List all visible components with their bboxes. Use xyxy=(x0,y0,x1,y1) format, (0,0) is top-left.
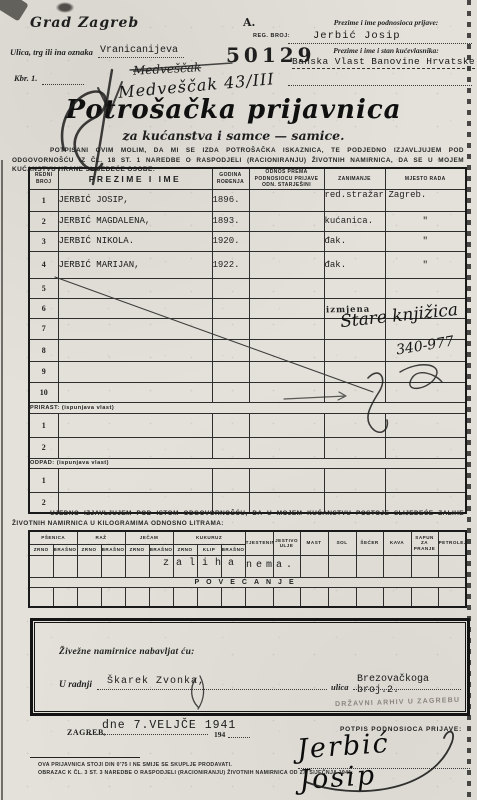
col-mast: MAST xyxy=(300,531,328,555)
shop-street-value: Brezovačkoga broj.2. xyxy=(357,674,465,696)
row-number: 7 xyxy=(29,318,58,339)
prirast-label: PRIRAST: (ispunjava vlast) xyxy=(29,402,466,413)
table-row: 9 xyxy=(29,361,466,382)
sub-zrno: ZRNO xyxy=(29,544,53,555)
col-kava: KAVA xyxy=(383,531,411,555)
row-number: 5 xyxy=(29,278,58,298)
row-number: 2 xyxy=(29,437,58,458)
table-row: 1 JERBIĆ JOSIP, 1896. red.stražar Zagreb… xyxy=(29,189,466,211)
applicant-name-line xyxy=(288,43,472,44)
place-label: ZAGREB, xyxy=(67,728,106,737)
form-subtitle: za kućanstva i samce — samice. xyxy=(0,128,467,143)
workplace: " xyxy=(385,251,466,278)
occupation: kućanica. xyxy=(324,211,385,231)
footer-legal-note: OBRAZAC K ČL. 3 ST. 3 NAREDBE O RASPODJE… xyxy=(38,770,353,776)
applicant-name-label: Prezime i ime podnosioca prijave: xyxy=(300,18,472,27)
shop-street-line xyxy=(353,689,461,690)
povecanje-band: POVEĆANJE xyxy=(29,577,466,587)
shop-label: U radnji xyxy=(59,680,92,690)
member-name: JERBIĆ JOSIP, xyxy=(58,189,212,211)
col-jestivo-ulje: JESTIVO ULJE xyxy=(273,531,300,555)
col-sapun: SAPUN ZA PRANJE xyxy=(411,531,438,555)
year-prefix: 194 xyxy=(214,730,225,739)
purchase-box-inner-border: Živežne namirnice nabavljat ću: U radnji… xyxy=(34,622,466,712)
odpad-label: ODPAD: (ispunjava vlast) xyxy=(29,458,466,468)
birth-year: 1896. xyxy=(212,189,249,211)
col-tjestenine: TJESTENINE xyxy=(245,531,273,555)
group-jecam: JEČAM xyxy=(125,531,173,544)
scanned-form-page: Grad Zagreb A. REG. BROJ: 50129 Ulica, t… xyxy=(0,0,477,800)
shop-name-line xyxy=(97,689,327,690)
street-value: Vranicanijeva xyxy=(98,45,184,58)
table-row: 10 xyxy=(29,382,466,402)
table-row: 1 xyxy=(29,468,466,492)
sub-zrno: ZRNO xyxy=(77,544,101,555)
odpad-label-row: ODPAD: (ispunjava vlast) xyxy=(29,458,466,468)
applicant-name-value: Jerbić Josip xyxy=(313,30,401,42)
row-number: 3 xyxy=(29,231,58,251)
archive-stamp: DRŽAVNI ARHIV U ZAGREBU xyxy=(335,697,460,708)
shop-name-value: Škarek Zvonka, xyxy=(107,676,205,687)
sub-brasno: BRAŠNO xyxy=(53,544,77,555)
birth-year: 1893. xyxy=(212,211,249,231)
workplace: Zagreb. xyxy=(385,189,466,211)
shop-street-label: ulica xyxy=(331,682,348,692)
household-members-table: REDNI BROJ PREZIME I IME GODINA ROĐENJA … xyxy=(28,167,467,514)
row-number: 10 xyxy=(29,382,58,402)
sub-zrno: ZRNO xyxy=(125,544,149,555)
footer-price-note: OVA PRIJAVNICA STOJI DIN 0'75 I NE SMIJE… xyxy=(38,762,232,768)
row-number: 1 xyxy=(29,468,58,492)
col-secer: ŠEĆER xyxy=(356,531,383,555)
form-title: Potrošačka prijavnica xyxy=(0,95,467,125)
footer-rule xyxy=(30,757,140,758)
birth-year: 1922. xyxy=(212,251,249,278)
row-number: 8 xyxy=(29,339,58,361)
sub-brasno: BRAŠNO xyxy=(221,544,245,555)
workplace: " xyxy=(385,211,466,231)
crossed-out-address: Medveščak xyxy=(133,60,202,78)
occupation: red.stražar xyxy=(324,189,385,211)
table-row: 2 JERBIĆ MAGDALENA, 1893. kućanica. " xyxy=(29,211,466,231)
typed-zaliha-note: zaliha xyxy=(163,558,241,569)
row-number: 1 xyxy=(29,189,58,211)
col-header-zanimanje: ZANIMANJE xyxy=(324,168,385,189)
purchase-intro-label: Živežne namirnice nabavljat ću: xyxy=(59,647,195,657)
member-name: JERBIĆ MARIJAN, xyxy=(58,251,212,278)
applicant-signature: Jerbić Josip xyxy=(296,722,477,796)
table-row: 3 JERBIĆ NIKOLA. 1920. đak. " xyxy=(29,231,466,251)
street-label: Ulica, trg ili ina oznaka xyxy=(10,47,93,57)
date-line xyxy=(86,734,208,735)
col-petrolej: PETROLEJ xyxy=(438,531,466,555)
relation xyxy=(249,251,324,278)
col-header-prezime: PREZIME I IME xyxy=(58,168,212,189)
col-sol: SOL xyxy=(328,531,356,555)
city-crest-smudge xyxy=(54,1,76,14)
typed-nema-note: nema. xyxy=(246,560,296,571)
col-header-godina: GODINA ROĐENJA xyxy=(212,168,249,189)
group-raz: RAŽ xyxy=(77,531,125,544)
group-psenica: PŠENICA xyxy=(29,531,77,544)
birth-year: 1920. xyxy=(212,231,249,251)
landlord-name-value: Banska Vlast Banovine Hrvatske xyxy=(292,56,475,69)
year-line xyxy=(228,737,250,738)
city-title: Grad Zagreb xyxy=(30,15,139,31)
col-header-rednibroj: REDNI BROJ xyxy=(29,168,58,189)
signature-line xyxy=(298,768,470,769)
table-row: 5 xyxy=(29,278,466,298)
landlord-name-line xyxy=(288,85,472,86)
occupation: đak. xyxy=(324,231,385,251)
sub-brasno: BRAŠNO xyxy=(149,544,173,555)
sub-zrno: ZRNO xyxy=(173,544,197,555)
col-header-odnos: ODNOS PREMA PODNOSIOCU PRIJAVE ODN. STAR… xyxy=(249,168,324,189)
supplies-entry-row xyxy=(29,587,466,607)
sub-klip: KLIP xyxy=(197,544,221,555)
relation xyxy=(249,211,324,231)
house-number-label: Kbr. 1. xyxy=(14,73,37,83)
povecanje-row: POVEĆANJE xyxy=(29,577,466,587)
house-number-line xyxy=(42,84,84,85)
landlord-name-label: Prezime i ime i stan kućevlasnika: xyxy=(300,46,472,55)
scan-corner-smudge xyxy=(0,0,29,21)
member-name: JERBIĆ NIKOLA. xyxy=(58,231,212,251)
registration-number-label: REG. BROJ: xyxy=(253,33,290,39)
group-kukuruz: KUKURUZ xyxy=(173,531,245,544)
row-number: 9 xyxy=(29,361,58,382)
supplies-declaration: UJEDNO IZJAVLJUJEM POD ISTOM ODGOVORNOŠĆ… xyxy=(12,509,464,528)
table-row: 4 JERBIĆ MARIJAN, 1922. đak. " xyxy=(29,251,466,278)
form-section-letter: A. xyxy=(243,16,255,29)
scan-left-edge xyxy=(1,160,3,800)
row-number: 4 xyxy=(29,251,58,278)
table-row: 2 xyxy=(29,437,466,458)
row-number: 2 xyxy=(29,211,58,231)
row-number: 1 xyxy=(29,413,58,437)
sub-brasno: BRAŠNO xyxy=(101,544,125,555)
workplace: " xyxy=(385,231,466,251)
purchase-shop-box: Živežne namirnice nabavljat ću: U radnji… xyxy=(30,618,470,716)
col-header-mjesto: MJESTO RADA xyxy=(385,168,466,189)
prirast-label-row: PRIRAST: (ispunjava vlast) xyxy=(29,402,466,413)
table-row: 1 xyxy=(29,413,466,437)
row-number: 6 xyxy=(29,298,58,318)
relation xyxy=(249,231,324,251)
occupation: đak. xyxy=(324,251,385,278)
member-name: JERBIĆ MAGDALENA, xyxy=(58,211,212,231)
relation xyxy=(249,189,324,211)
